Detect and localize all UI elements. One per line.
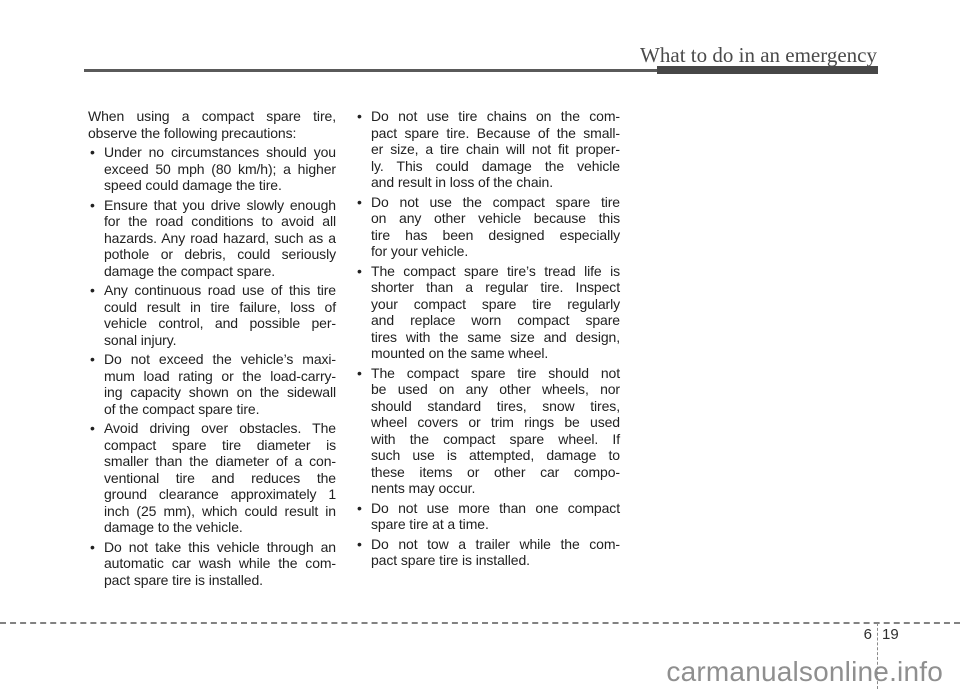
text-line: Do not use more than one compact <box>371 500 620 517</box>
bullet-item: •Any continuous road use of this tirecou… <box>88 282 336 348</box>
bullet-icon: • <box>88 420 104 536</box>
text-line: nents may occur. <box>371 480 620 497</box>
bullet-item: •Avoid driving over obstacles. Thecompac… <box>88 420 336 536</box>
text-line: your compact spare tire regularly <box>371 296 620 313</box>
text-line: for your vehicle. <box>371 243 620 260</box>
page-number: 19 <box>882 626 899 644</box>
bullet-item: •Do not use the compact spare tireon any… <box>355 194 620 260</box>
text-line: pact spare tire. Because of the small- <box>371 125 620 142</box>
bullet-item: •The compact spare tire’s tread life iss… <box>355 263 620 362</box>
text-line: ly. This could damage the vehicle <box>371 158 620 175</box>
text-line: The compact spare tire should not <box>371 365 620 382</box>
text-line: tire has been designed especially <box>371 227 620 244</box>
text-line: with the compact spare wheel. If <box>371 431 620 448</box>
text-line: compact spare tire diameter is <box>104 437 336 454</box>
text-line: vehicle control, and possible per- <box>104 315 336 332</box>
bullet-text: Do not use the compact spare tireon any … <box>371 194 620 260</box>
chapter-number: 6 <box>844 626 872 644</box>
bullet-text: Avoid driving over obstacles. Thecompact… <box>104 420 336 536</box>
text-line: pact spare tire is installed. <box>371 552 620 569</box>
text-line: ground clearance approximately 1 <box>104 486 336 503</box>
text-line: Do not take this vehicle through an <box>104 539 336 556</box>
bullet-icon: • <box>355 365 371 497</box>
bullet-item: •Do not exceed the vehicle’s maxi-mum lo… <box>88 351 336 417</box>
text-line: mounted on the same wheel. <box>371 345 620 362</box>
watermark: carmanualsonline.info <box>666 657 943 687</box>
text-line: speed could damage the tire. <box>104 177 336 194</box>
text-line: Under no circumstances should you <box>104 144 336 161</box>
intro-paragraph: When using a compact spare tire,observe … <box>88 108 336 141</box>
bullet-text: Do not use tire chains on the com-pact s… <box>371 108 620 191</box>
text-line: The compact spare tire’s tread life is <box>371 263 620 280</box>
text-line: Any continuous road use of this tire <box>104 282 336 299</box>
page-title: What to do in an emergency <box>640 43 877 67</box>
text-line: be used on any other wheels, nor <box>371 381 620 398</box>
text-line: these items or other car compo- <box>371 464 620 481</box>
text-line: for the road conditions to avoid all <box>104 213 336 230</box>
bullet-icon: • <box>88 144 104 194</box>
bullet-icon: • <box>355 108 371 191</box>
bullet-item: •Do not take this vehicle through anauto… <box>88 539 336 589</box>
text-line: sonal injury. <box>104 332 336 349</box>
text-line: pothole or debris, could seriously <box>104 246 336 263</box>
text-columns: When using a compact spare tire,observe … <box>88 108 620 591</box>
text-line: ing capacity shown on the sidewall <box>104 384 336 401</box>
bullet-item: •Under no circumstances should youexceed… <box>88 144 336 194</box>
bullet-icon: • <box>355 194 371 260</box>
bullet-text: Under no circumstances should youexceed … <box>104 144 336 194</box>
text-line: smaller than the diameter of a con- <box>104 453 336 470</box>
bullet-text: Do not tow a trailer while the com-pact … <box>371 536 620 569</box>
text-line: and result in loss of the chain. <box>371 174 620 191</box>
text-line: er size, a tire chain will not fit prope… <box>371 141 620 158</box>
page-number-divider <box>877 623 878 689</box>
text-line: and replace worn compact spare <box>371 312 620 329</box>
text-line: pact spare tire is installed. <box>104 572 336 589</box>
text-line: damage the compact spare. <box>104 263 336 280</box>
text-line: inch (25 mm), which could result in <box>104 503 336 520</box>
text-line: Do not tow a trailer while the com- <box>371 536 620 553</box>
column-2: •Do not use tire chains on the com-pact … <box>355 108 620 591</box>
bullet-icon: • <box>355 536 371 569</box>
text-line: Do not use tire chains on the com- <box>371 108 620 125</box>
text-line: of the compact spare tire. <box>104 401 336 418</box>
bullet-text: Any continuous road use of this tirecoul… <box>104 282 336 348</box>
text-line: shorter than a regular tire. Inspect <box>371 279 620 296</box>
text-line: Do not use the compact spare tire <box>371 194 620 211</box>
bullet-item: •Do not use more than one compactspare t… <box>355 500 620 533</box>
text-line: Avoid driving over obstacles. The <box>104 420 336 437</box>
text-line: on any other vehicle because this <box>371 210 620 227</box>
text-line: Do not exceed the vehicle’s maxi- <box>104 351 336 368</box>
text-line: observe the following precautions: <box>88 125 336 142</box>
bullet-icon: • <box>88 197 104 280</box>
bullet-icon: • <box>355 500 371 533</box>
text-line: When using a compact spare tire, <box>88 108 336 125</box>
text-line: tires with the same size and design, <box>371 329 620 346</box>
bullet-text: Do not use more than one compactspare ti… <box>371 500 620 533</box>
text-line: Ensure that you drive slowly enough <box>104 197 336 214</box>
text-line: should standard tires, snow tires, <box>371 398 620 415</box>
column-1: When using a compact spare tire,observe … <box>88 108 336 591</box>
text-line: mum load rating or the load-carry- <box>104 368 336 385</box>
text-line: automatic car wash while the com- <box>104 555 336 572</box>
bullet-text: Do not exceed the vehicle’s maxi-mum loa… <box>104 351 336 417</box>
manual-page: What to do in an emergency When using a … <box>0 0 960 689</box>
bullet-item: •The compact spare tire should notbe use… <box>355 365 620 497</box>
bullet-icon: • <box>88 282 104 348</box>
bullet-icon: • <box>355 263 371 362</box>
text-line: spare tire at a time. <box>371 516 620 533</box>
bullet-text: Ensure that you drive slowly enoughfor t… <box>104 197 336 280</box>
header-rule-thick <box>657 66 878 74</box>
text-line: wheel covers or trim rings be used <box>371 414 620 431</box>
bullet-item: •Ensure that you drive slowly enoughfor … <box>88 197 336 280</box>
bullet-item: •Do not tow a trailer while the com-pact… <box>355 536 620 569</box>
bullet-item: •Do not use tire chains on the com-pact … <box>355 108 620 191</box>
bullet-text: The compact spare tire should notbe used… <box>371 365 620 497</box>
footer-dotted-rule <box>0 622 960 624</box>
bullet-icon: • <box>88 539 104 589</box>
bullet-text: Do not take this vehicle through anautom… <box>104 539 336 589</box>
bullet-text: The compact spare tire’s tread life issh… <box>371 263 620 362</box>
text-line: hazards. Any road hazard, such as a <box>104 230 336 247</box>
text-line: damage to the vehicle. <box>104 519 336 536</box>
bullet-icon: • <box>88 351 104 417</box>
text-line: ventional tire and reduces the <box>104 470 336 487</box>
text-line: exceed 50 mph (80 km/h); a higher <box>104 161 336 178</box>
text-line: could result in tire failure, loss of <box>104 299 336 316</box>
text-line: such use is attempted, damage to <box>371 447 620 464</box>
